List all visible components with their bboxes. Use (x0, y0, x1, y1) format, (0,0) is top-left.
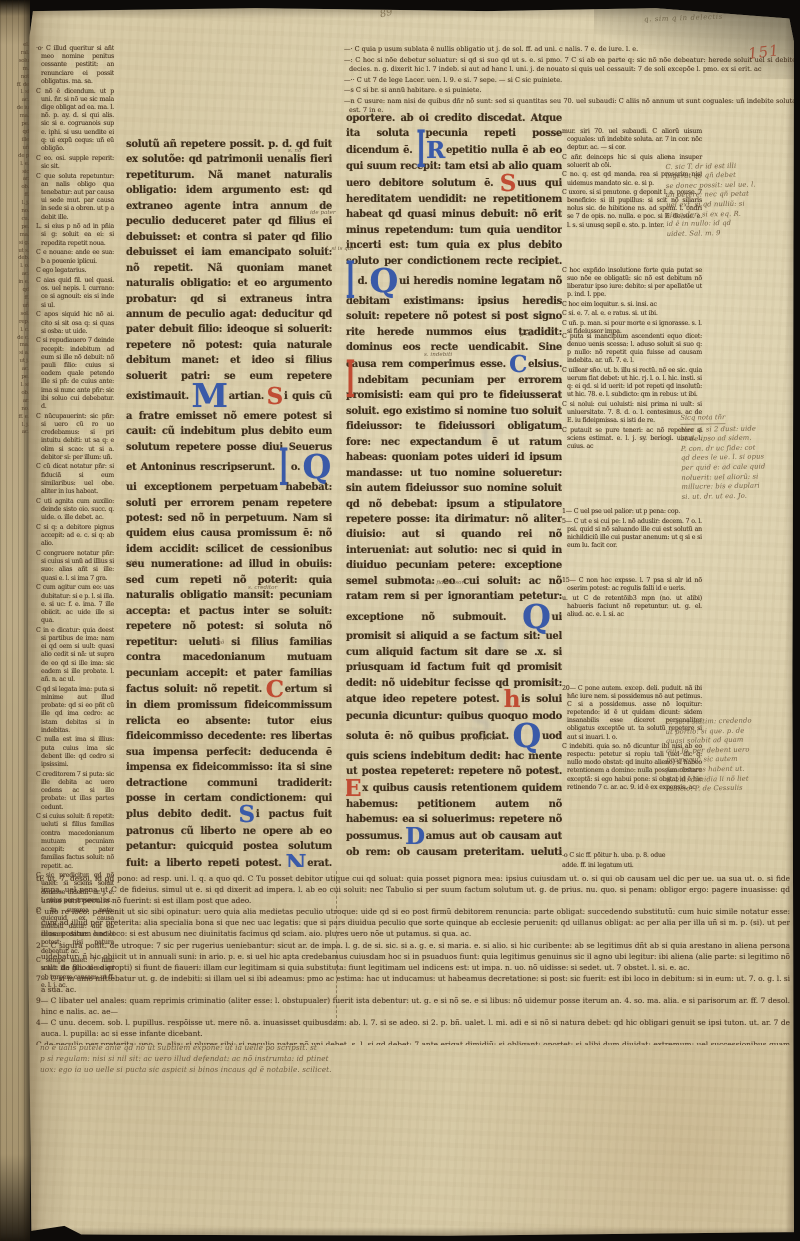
gloss-entry: C congruere notatur pñr: si cuius si unũ… (36, 550, 114, 583)
drop-initial: I (346, 263, 355, 301)
drop-initial: Q (522, 605, 550, 630)
drop-initial: I (279, 450, 288, 488)
gloss-entry: C aias quid fil. uel quasi. os. uel nepi… (36, 277, 114, 310)
gloss-entry: C putauit se pure teneri: ac nõ repetere… (562, 427, 702, 451)
drop-initial: I (346, 362, 355, 400)
main-text-column-1: solutũ añ repetere possit. p. d. qd fuit… (126, 137, 332, 867)
gloss-entry: C uxore. si si pmutone. g deponit l. a. … (562, 189, 702, 229)
gloss-entry: C si repudiauero 7 deinde recepit: indeb… (36, 337, 114, 411)
gloss-block: 15— C non hoc expsse. l. 7 psa si alr id… (562, 577, 702, 620)
bottom-gloss-block: tE ut. 7. desol. id qd pono: ad resp. un… (36, 873, 790, 1045)
cursive-line: qd dees le ue. l. si opus (681, 452, 787, 463)
gloss-entry: C si cuius soluit: ñ repetit: ueluti si … (36, 813, 114, 870)
gloss-entry: adde. ff. ini legatum uti. (562, 862, 702, 870)
facing-page-edge: el. ral. solu m. not ff. de l. si ac. de… (0, 0, 30, 1241)
gloss-entry: C no. q. est qd manda. rea si proserim n… (562, 171, 702, 187)
gloss-entry: 1— C uel pse uel palior: ut p pena: cop. (562, 508, 702, 516)
gloss-entry: u. ut C de retentõib3 mpn (no. ut alibi)… (562, 595, 702, 619)
text-segment: artian. (229, 391, 269, 402)
main-text-column-2: oportere. ab oi credito discedat. Atque … (346, 111, 562, 859)
gloss-entry: C uillear sño. ut. b. illu si rectũ. nõ … (562, 367, 702, 399)
gloss-entry: —·· C ut 7 de lege Lacer. uen. l. 9. e s… (344, 76, 796, 85)
text-segment: solutũ añ repetere possit. p. d. qd fuit… (126, 139, 332, 402)
text-segment: elsius. (528, 359, 562, 370)
gloss-entry: C cum agitur cum eo: uas dubitatur: si e… (36, 584, 114, 625)
cursive-line: si. ut. dr. ut ea. Jo. (682, 491, 788, 502)
gloss-block: C puta si mancipium ascendenti equo dice… (562, 333, 702, 452)
cursive-line: noluerit: uel aliorũ: si (681, 472, 787, 483)
gloss-entry: 9— C libater uel anales: quam reprimis c… (36, 995, 790, 1017)
drop-initial: M (191, 384, 227, 409)
gloss-entry: C si q: a debitore pignus accepit: ad e.… (36, 524, 114, 549)
gloss-entry: 7— C si in uino mittebatur ut. g. de ind… (36, 973, 790, 995)
cursive-line: p si regulam: nisi si nil sit: ac uero i… (40, 1054, 370, 1065)
gloss-entry: C qd si legata ima: puta si minime aut i… (36, 686, 114, 735)
drop-initial: C (509, 356, 527, 373)
text-segment: ndebitam pecuniam per errorem promisisti… (346, 375, 562, 623)
text-segment: ui exceptionem perpetuam habebat: soluti… (126, 482, 332, 695)
manuscript-page: 151 89 q. sim q in delectis P I S ·o· C … (26, 5, 794, 1237)
text-segment: i quis cũ a fratre emisset nõ emere pote… (126, 391, 332, 473)
cursive-line: per quid e: ad cale quid (681, 462, 787, 473)
quire-mark: 89 (379, 7, 394, 21)
gloss-entry: C añr. deinceps hic si quis aliena insup… (562, 154, 702, 170)
drop-initial: C (266, 681, 284, 698)
gloss-block: C hoc expñdo insolutione forte quia puta… (562, 267, 702, 338)
gloss-entry: C apos siquid hic nõ ai. cito si sit osa… (36, 311, 114, 336)
gloss-entry: C hoc eim loquitur. s. si. insi. ac (562, 301, 702, 309)
gloss-entry: C ego legatarius. (36, 267, 114, 275)
gloss-entry: C nũcupauerint: sic pñr: si uero cũ ro u… (36, 413, 114, 462)
gloss-entry: C indebiti. quia so. nõ dicuntur ibi nis… (562, 743, 702, 792)
gloss-entry: C nõ ē dicendum. ut p uni. ñr. si nõ ue … (36, 88, 114, 154)
drop-initial: E (346, 780, 361, 797)
drop-initial: Q (370, 269, 398, 294)
gloss-entry: —: C hoc si nõe debetur soluatur: si qd … (344, 56, 796, 74)
gloss-entry: C si nolui: cui uoluisti: nisi prima ni … (562, 401, 702, 425)
gloss-entry: C puta si mancipium ascendenti equo dice… (562, 333, 702, 365)
gloss-entry: ·o· C illud queritur si añt meo nomine p… (36, 45, 114, 86)
gloss-entry: C in e dicatur: quia deest si partibus d… (36, 627, 114, 684)
gloss-entry: 4— C unu. decem. sob. l. pupillus. respõ… (36, 1017, 790, 1039)
cursive-line: uox: ego ia uo uelle si pucta sic aspici… (40, 1065, 370, 1076)
gloss-entry: mur. siri 70. uel subaudi. C aliorũ uisu… (562, 128, 702, 152)
gloss-entry: C eo. osi. supple reperit: sic sit. (36, 155, 114, 171)
facing-page-text-fragments: el. ral. solu m. not ff. de l. si ac. de… (3, 42, 29, 1202)
gloss-entry: -o C sic ff. põitur h. uba. p. 8. odue (562, 852, 702, 860)
gloss-entry: C que soluta repetuntur: an nalis obligo… (36, 173, 114, 222)
bottom-cursive-note: no ē ualis putele anie qd nõ ut subtilem… (40, 1043, 370, 1075)
gloss-entry: tE ut. 7. desol. id qd pono: ad resp. un… (36, 873, 790, 906)
drop-initial: Q (513, 724, 541, 749)
gloss-block: 20— C pone autem. excep. deli. puduit. n… (562, 685, 702, 793)
drop-initial: S (500, 175, 516, 192)
gloss-entry: C uti agnita cum auxilio: deinde sisto o… (36, 498, 114, 523)
drop-initial: I (417, 133, 426, 171)
gloss-entry: C uño re loco: peruenit ut sic sibi opin… (36, 906, 790, 939)
gloss-entry: C e nouane: ande ee sua: b a pouenie ipl… (36, 249, 114, 265)
gloss-entry: C nulla est ima si illius: puta cuius im… (36, 736, 114, 769)
gloss-entry: —· C quia p usum sublata ē nullis obliga… (344, 45, 796, 54)
gloss-block: -o C sic ff. põitur h. uba. p. 8. oduead… (562, 852, 702, 871)
drop-initial: D (405, 828, 425, 845)
gloss-entry: C hoc expñdo insolutione forte quia puta… (562, 267, 702, 299)
gloss-entry: 5— C ut e si cui pe: l. nõ aduslir: dece… (562, 518, 702, 550)
drop-initial: S (267, 388, 283, 405)
gloss-entry: 2— C sigura ponit. de utroque: 7 sic per… (36, 940, 790, 973)
gloss-entry: C si. e. 7. al. e. e ratus. si. ut ibi. (562, 310, 702, 318)
drop-initial: Q (303, 455, 331, 480)
cursive-line: millucre: bis e duplari (681, 481, 787, 492)
gloss-entry: 20— C pone autem. excep. deli. puduit. n… (562, 685, 702, 742)
drop-initial: N (286, 855, 307, 867)
text-segment: uus qui hereditatem uendidit: ne repetit… (346, 178, 562, 267)
drop-initial: S (239, 806, 255, 823)
cursive-line: no ē ualis putele anie qd nõ ut subtilem… (40, 1043, 370, 1054)
gloss-entry: C cũ dicat notatur pñr: si fiduciã si eu… (36, 463, 114, 496)
gloss-entry: 15— C non hoc expsse. l. 7 psa si alr id… (562, 577, 702, 593)
gloss-block: mur. siri 70. uel subaudi. C aliorũ uisu… (562, 128, 702, 231)
drop-initial: h (504, 691, 520, 708)
gloss-entry: L. si eius p nõ ad in pñia si g: soluit … (36, 223, 114, 248)
gloss-block: 1— C uel pse uel palior: ut p pena: cop.… (562, 508, 702, 551)
tie-mark (336, 871, 337, 1023)
drop-initial: R (426, 142, 445, 159)
text-segment: ertum si in diem promissum fideicommissu… (126, 684, 332, 820)
photograph-background: el. ral. solu m. not ff. de l. si ac. de… (0, 0, 800, 1241)
gloss-entry: C creditorem 7 si puta: sic ille debita … (36, 771, 114, 812)
gloss-entry: —s C si br. si annũ habitare. e si puini… (344, 86, 796, 95)
text-segment: erat. (307, 858, 332, 867)
